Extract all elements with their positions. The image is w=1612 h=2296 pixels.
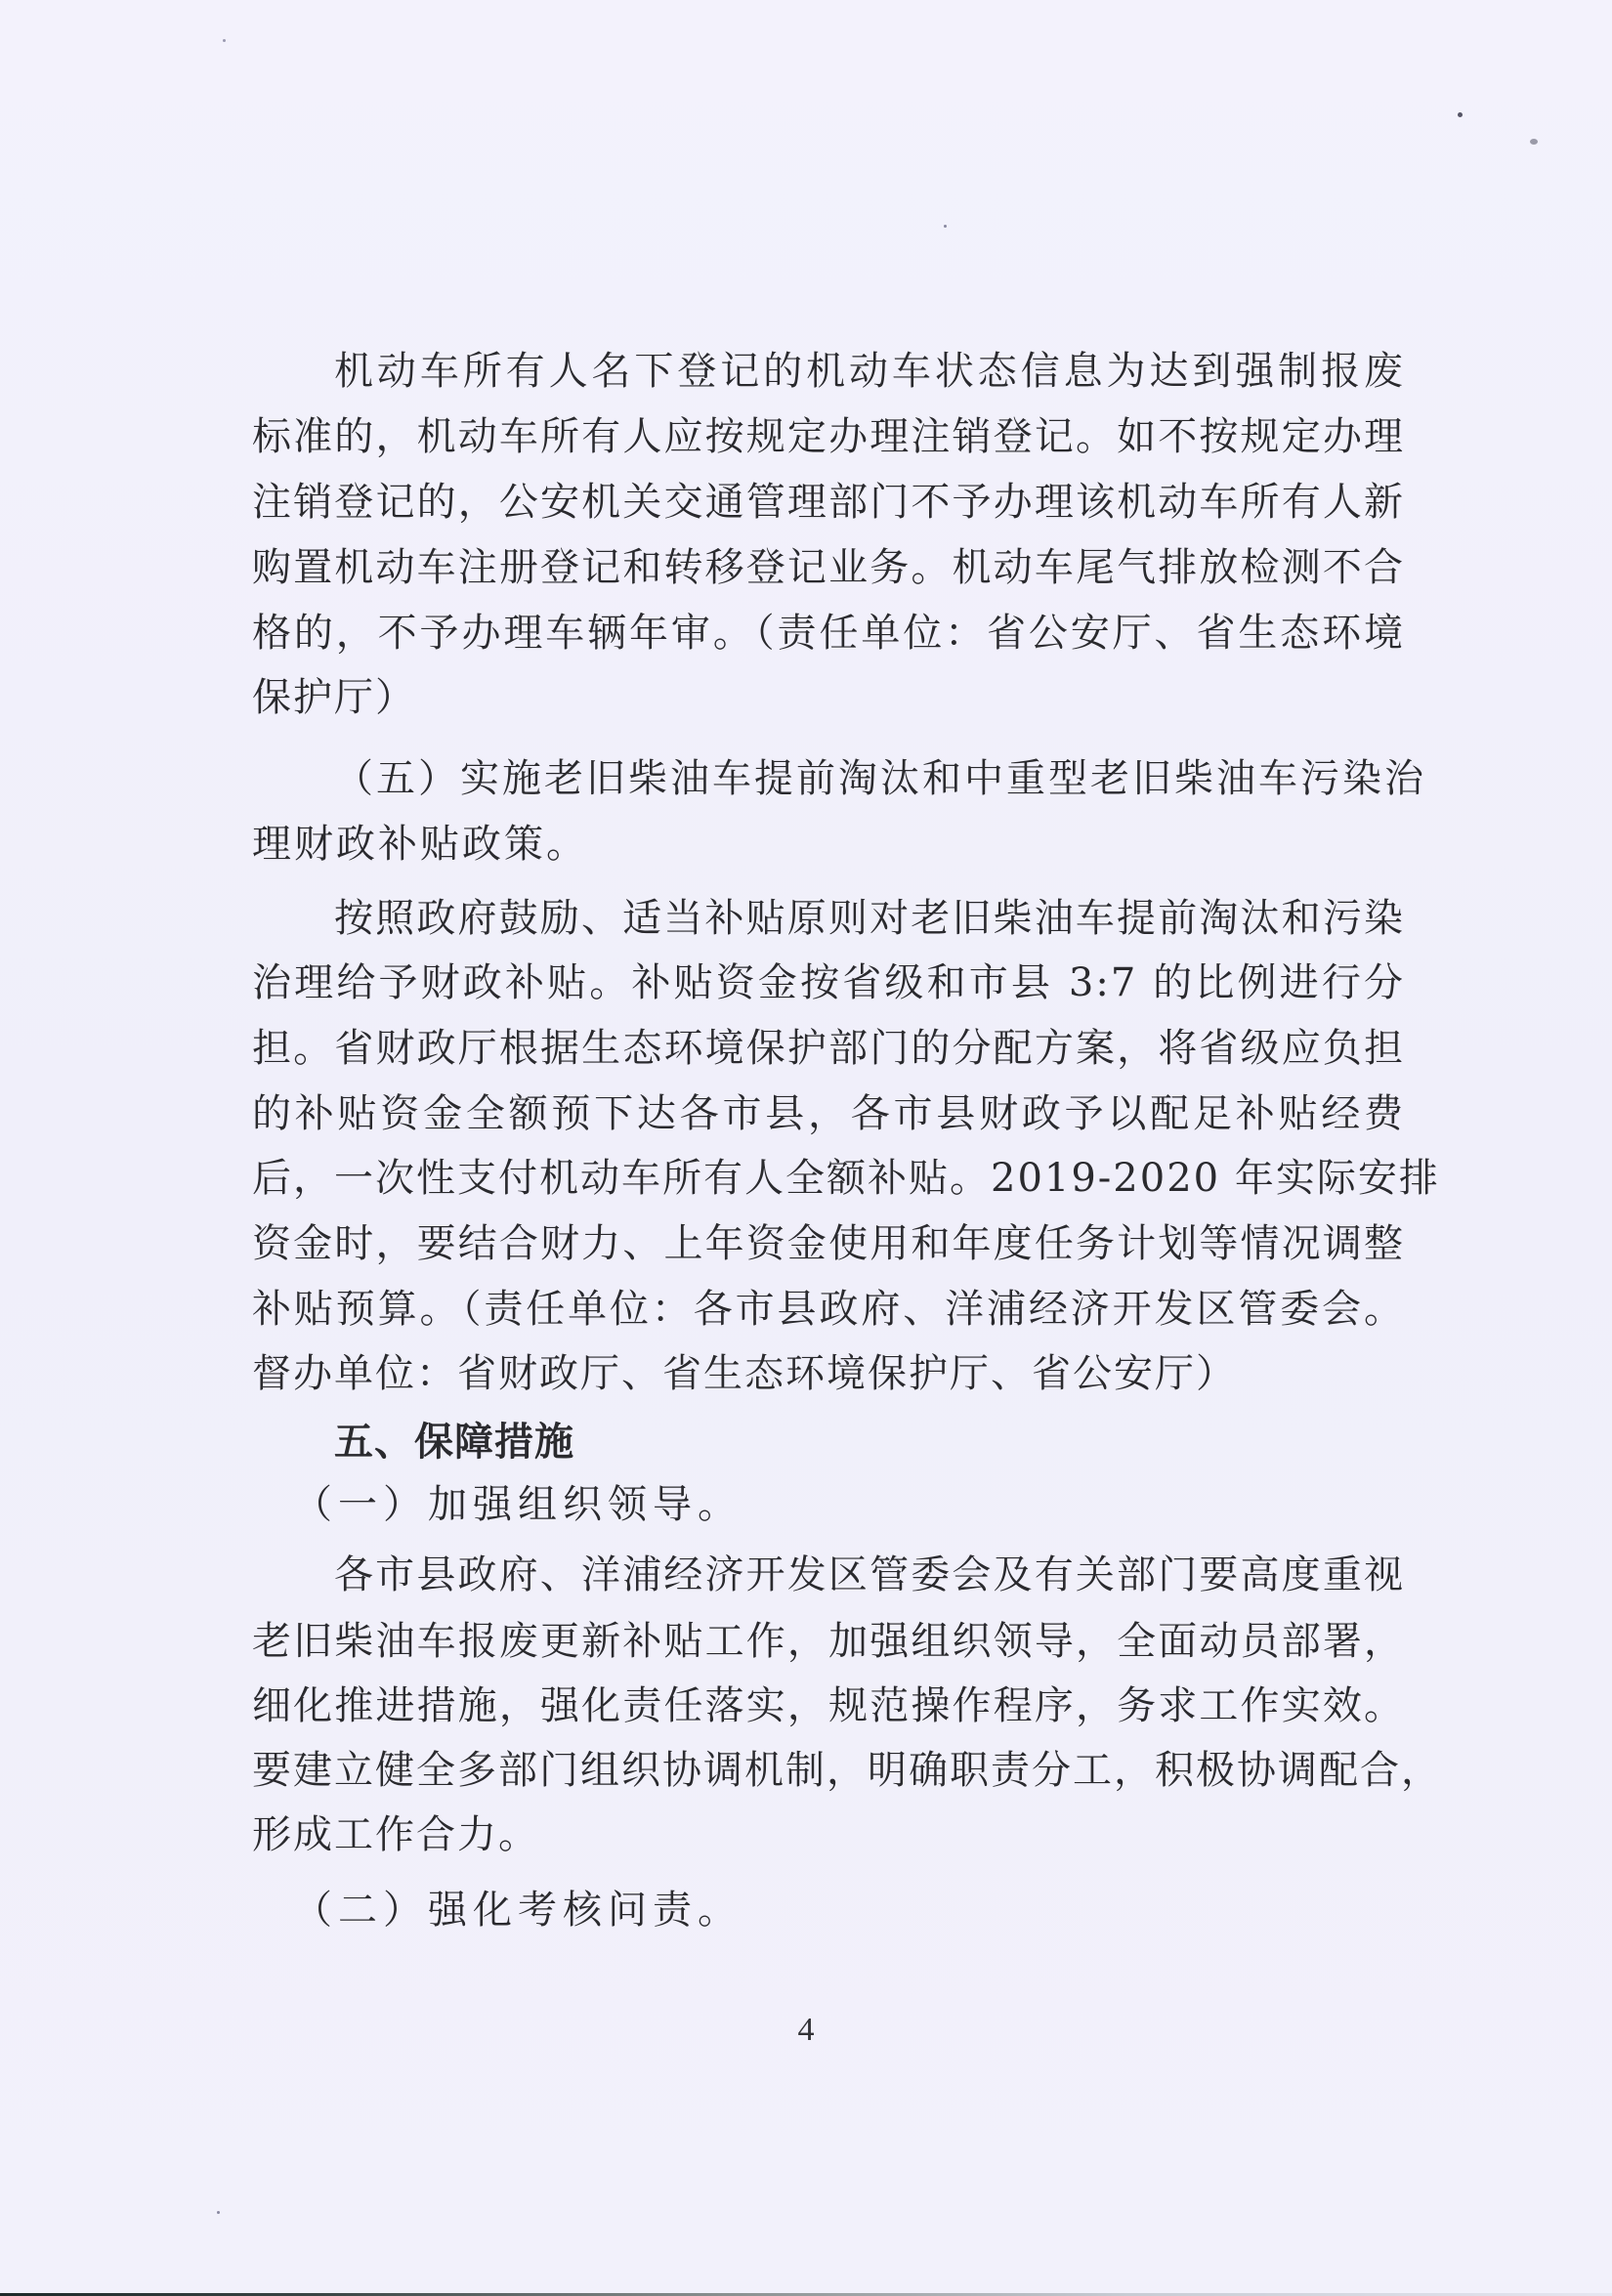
paragraph-line: 购置机动车注册登记和转移登记业务。机动车尾气排放检测不合 <box>252 543 1405 592</box>
paragraph-line: 各市县政府、洋浦经济开发区管委会及有关部门要高度重视 <box>334 1551 1405 1599</box>
paragraph-line: 格的，不予办理车辆年审。（责任单位：省公安厅、省生态环境 <box>252 609 1405 658</box>
section-heading: 五、保障措施 <box>334 1418 574 1467</box>
subsection-heading-5: （五）实施老旧柴油车提前淘汰和中重型老旧柴油车污染治 <box>334 754 1405 803</box>
paragraph-line: 形成工作合力。 <box>252 1810 1405 1859</box>
paragraph-line: 按照政府鼓励、适当补贴原则对老旧柴油车提前淘汰和污染 <box>334 894 1405 943</box>
paragraph-line: 督办单位：省财政厅、省生态环境保护厅、省公安厅） <box>252 1349 1405 1398</box>
paragraph-line: 要建立健全多部门组织协调机制，明确职责分工，积极协调配合， <box>252 1746 1405 1795</box>
paragraph-line: 细化推进措施，强化责任落实，规范操作程序，务求工作实效。 <box>252 1681 1405 1730</box>
scan-speck <box>217 2211 220 2214</box>
paragraph-line: 注销登记的，公安机关交通管理部门不予办理该机动车所有人新 <box>252 478 1405 527</box>
paragraph-line: 治理给予财政补贴。补贴资金按省级和市县 3:7 的比例进行分 <box>252 958 1405 1007</box>
scan-speck <box>944 225 947 228</box>
scan-speck <box>1458 112 1463 117</box>
paragraph-line: 资金时，要结合财力、上年资金使用和年度任务计划等情况调整 <box>252 1219 1405 1268</box>
paragraph-line: 标准的，机动车所有人应按规定办理注销登记。如不按规定办理 <box>252 412 1405 461</box>
paragraph-line: 的补贴资金全额预下达各市县，各市县财政予以配足补贴经费 <box>252 1089 1405 1138</box>
paragraph-line: 老旧柴油车报废更新补贴工作，加强组织领导，全面动员部署， <box>252 1617 1405 1666</box>
paragraph-line: 机动车所有人名下登记的机动车状态信息为达到强制报废 <box>334 347 1405 396</box>
page-number: 4 <box>0 2011 1612 2050</box>
scan-speck <box>223 39 226 42</box>
scan-speck <box>1530 139 1538 145</box>
subsection-heading-5-cont: 理财政补贴政策。 <box>252 820 1405 869</box>
subsection-heading-1: （一）加强组织领导。 <box>293 1480 742 1529</box>
paragraph-line: 保护厅） <box>252 673 1405 722</box>
paragraph-line: 补贴预算。（责任单位：各市县政府、洋浦经济开发区管委会。 <box>252 1285 1405 1334</box>
paragraph-line: 后，一次性支付机动车所有人全额补贴。2019-2020 年实际安排 <box>252 1154 1405 1203</box>
subsection-heading-2: （二）强化考核问责。 <box>293 1886 742 1935</box>
paragraph-line: 担。省财政厅根据生态环境保护部门的分配方案，将省级应负担 <box>252 1024 1405 1073</box>
document-page: 机动车所有人名下登记的机动车状态信息为达到强制报废 标准的，机动车所有人应按规定… <box>0 0 1612 2293</box>
